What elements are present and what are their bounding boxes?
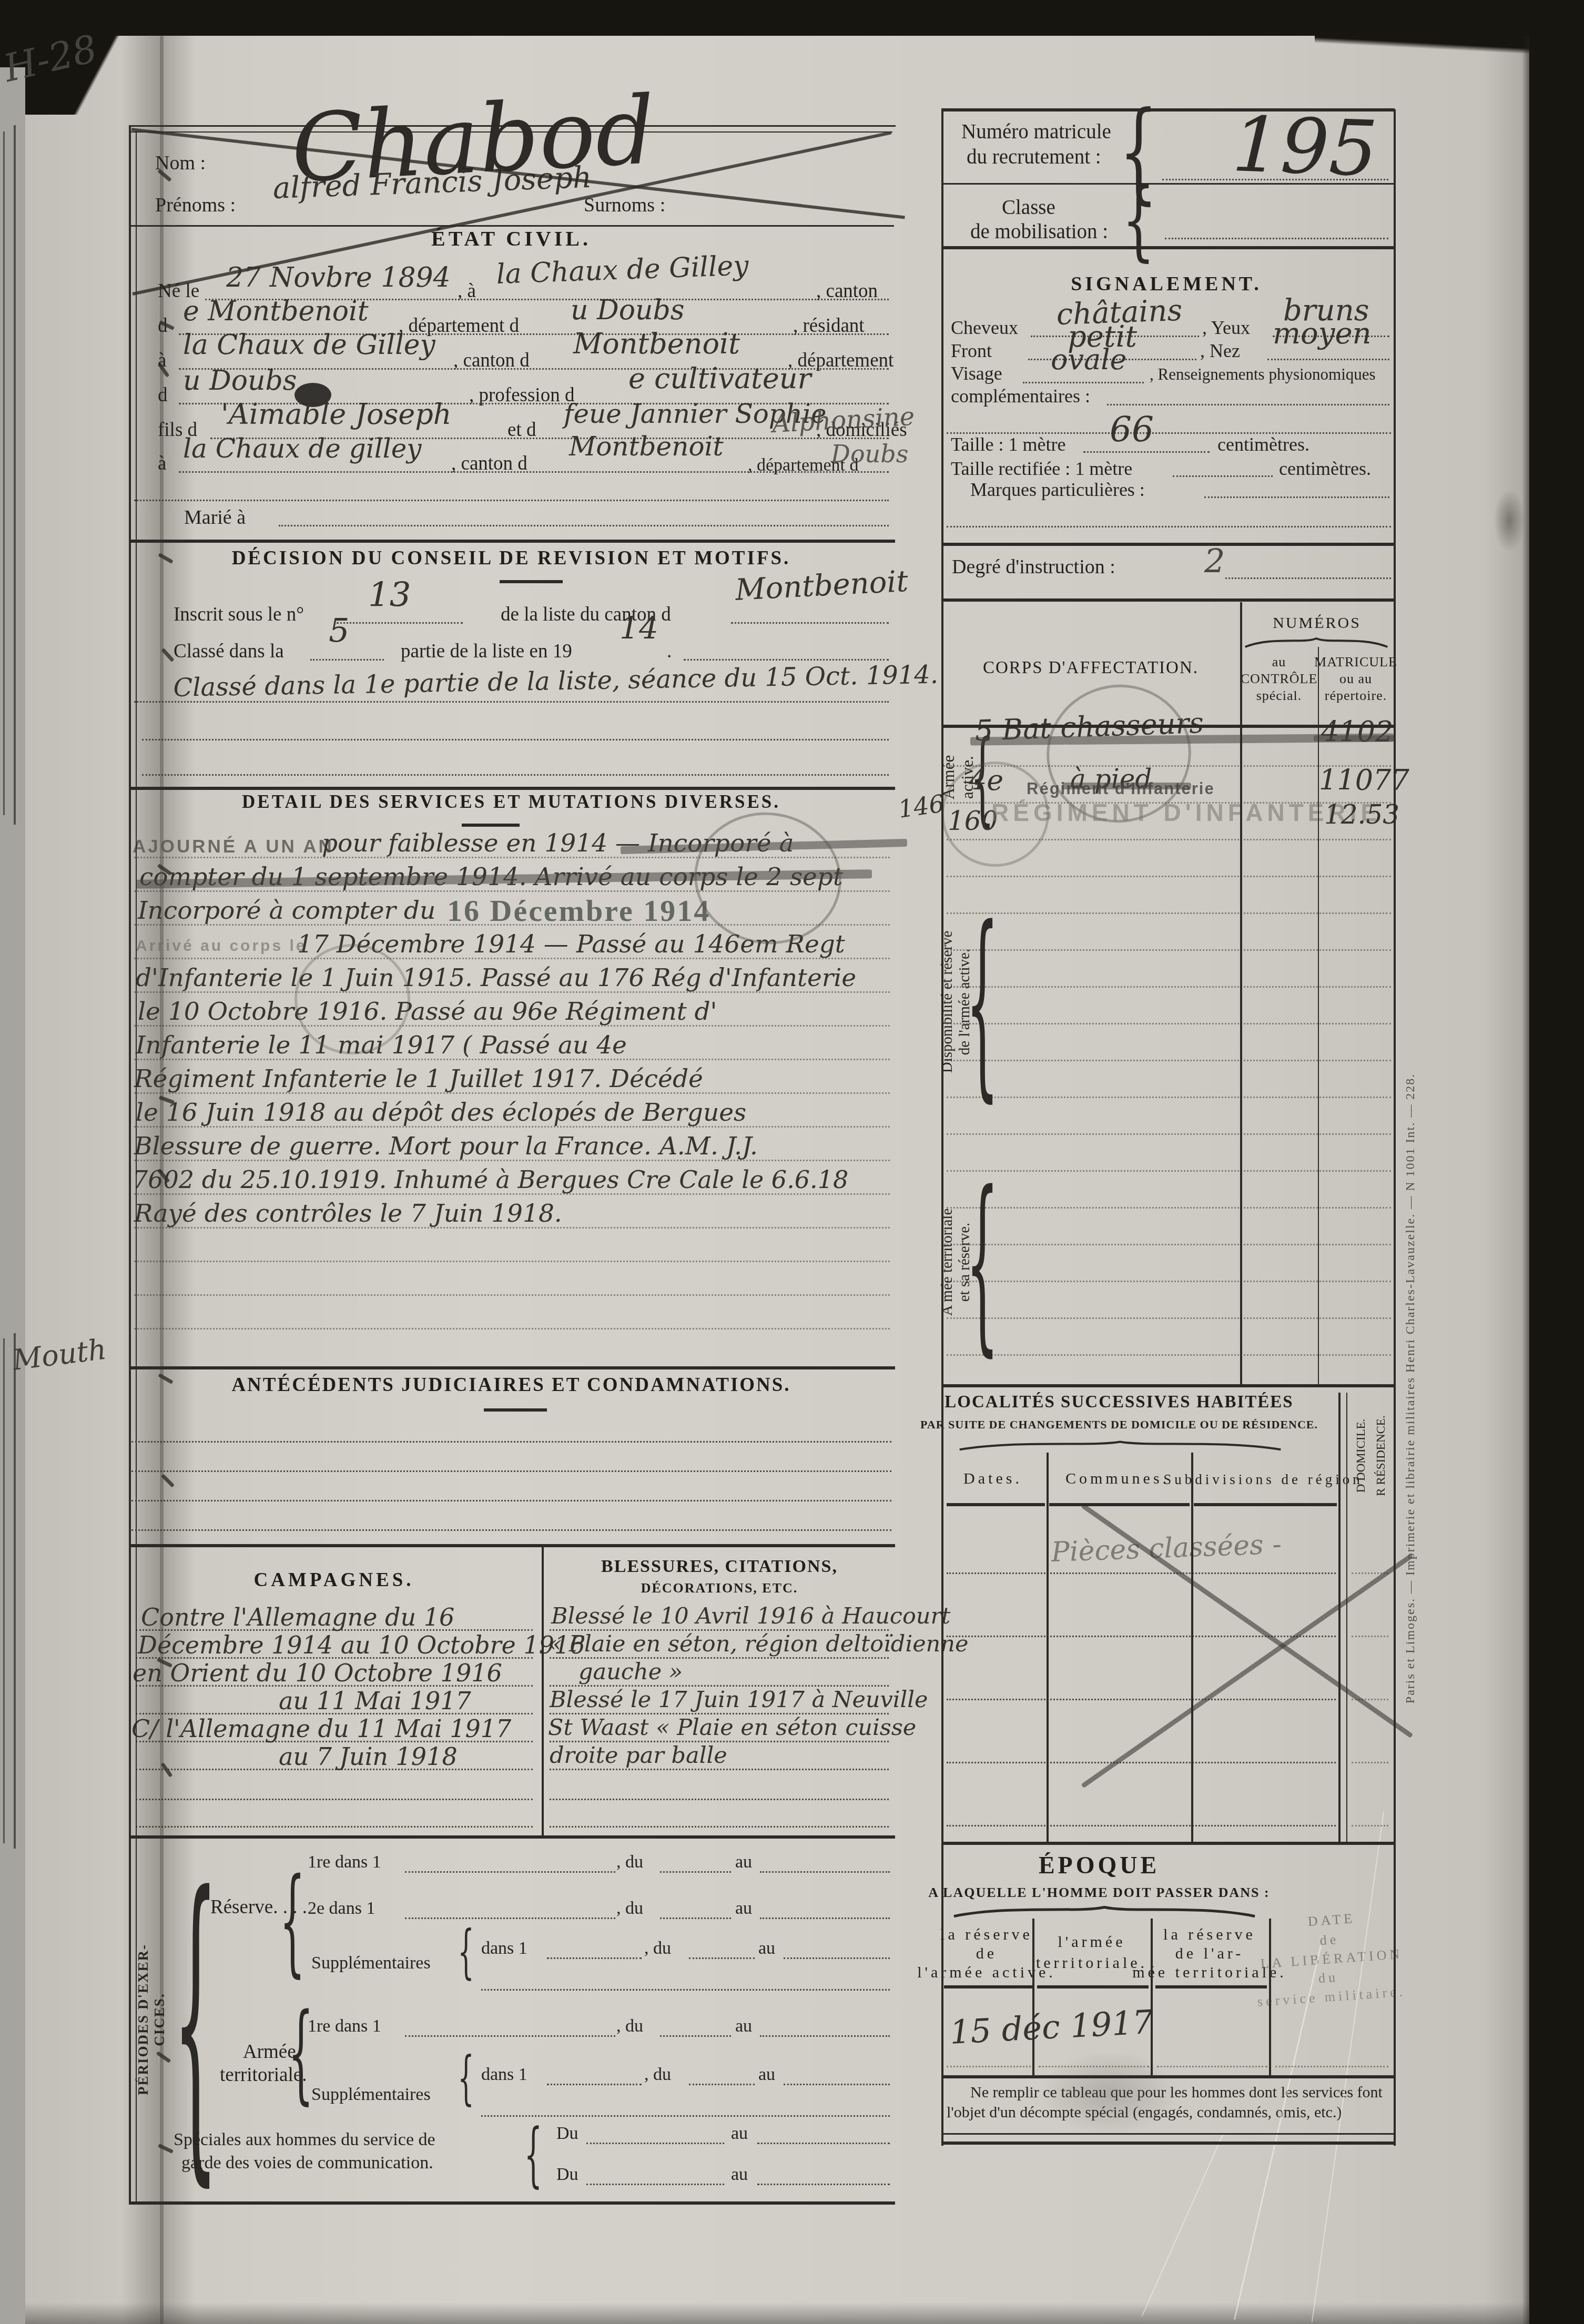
rule	[136, 1629, 533, 1631]
reserve-2e-label: 2e dans 1	[308, 1899, 375, 1919]
visage-label: Visage	[951, 362, 1002, 384]
rule	[1225, 577, 1391, 579]
rule	[947, 802, 1391, 804]
edge-shadow	[25, 2302, 1529, 2324]
corner-shadow	[1315, 36, 1529, 58]
residence-departement-value: u Doubs	[183, 365, 297, 397]
nez-label: , Nez	[1200, 340, 1240, 362]
scanned-military-register-page: H-28 Mouth Nom : Chabod Prénoms : alfred…	[0, 0, 1584, 2324]
rule	[129, 125, 131, 2204]
services-line: le 16 Juin 1918 au dépôt des éclopés de …	[136, 1098, 746, 1127]
rule	[179, 471, 889, 473]
rule	[129, 2201, 895, 2205]
du-label: , du	[616, 1899, 643, 1919]
rule	[129, 787, 895, 790]
rule	[134, 1025, 890, 1027]
cheveux-label: Cheveux	[951, 317, 1018, 339]
birth-canton-value: e Montbenoit	[183, 296, 369, 327]
rule	[941, 183, 1395, 185]
rule	[14, 125, 16, 825]
partie-label: partie de la liste en 19	[401, 640, 572, 663]
rule	[129, 131, 892, 133]
rule	[1240, 602, 1242, 1384]
rule	[947, 1825, 1336, 1826]
rule	[947, 876, 1391, 877]
rule	[134, 1294, 890, 1296]
horizontal-brace	[953, 1439, 1287, 1452]
rule	[1352, 1825, 1388, 1826]
birth-date-value: 27 Novbre 1894	[226, 262, 451, 293]
rule	[947, 1572, 1336, 1574]
rule	[941, 108, 1395, 111]
epoque-col1: la réserve	[940, 1926, 1033, 1944]
rule	[134, 890, 890, 892]
rule	[3, 1338, 5, 1843]
rule	[947, 432, 1391, 434]
rule	[660, 1917, 731, 1919]
services-line: Incorporé à compter du	[138, 896, 435, 925]
antecedents-title: ANTÉCÉDENTS JUDICIAIRES ET CONDAMNATIONS…	[231, 1374, 790, 1396]
rule	[550, 1685, 889, 1687]
brace	[458, 1923, 474, 1981]
campagnes-title: CAMPAGNES.	[254, 1569, 414, 1591]
rule	[134, 958, 890, 959]
rule	[947, 1023, 1391, 1024]
epoque-col3: de l'ar-	[1175, 1945, 1244, 1963]
rule	[1039, 2066, 1149, 2067]
controle-header: CONTRÔLE	[1241, 671, 1318, 687]
rule	[129, 125, 896, 127]
rule	[136, 1826, 533, 1828]
rule	[1165, 238, 1388, 239]
rule	[129, 1544, 895, 1547]
brace	[458, 2049, 474, 2107]
rule	[784, 2084, 890, 2085]
rule	[947, 1317, 1391, 1319]
rule	[947, 1699, 1336, 1700]
rule	[1269, 1919, 1271, 2075]
rule	[134, 1328, 890, 1330]
rule	[337, 622, 463, 624]
rule	[1352, 1572, 1388, 1574]
rule	[586, 2143, 724, 2144]
epoque-col4: de	[1319, 1932, 1340, 1948]
matricule-label-1: Numéro matricule	[961, 120, 1111, 144]
blessures-subtitle: DÉCORATIONS, ETC.	[641, 1580, 798, 1596]
controle-header: spécial.	[1256, 688, 1302, 704]
rule	[1162, 179, 1388, 180]
corps-row1-matricule: 4102	[1321, 715, 1393, 748]
domicile-rotated-label: D DOMICILE.	[1354, 1419, 1368, 1493]
campagne-line: au 7 Juin 1918	[279, 1742, 458, 1771]
domicile-label: D DOMICILE.	[1354, 1419, 1368, 1493]
rule	[947, 1207, 1391, 1209]
au-label: au	[758, 2065, 775, 2085]
rule	[760, 1871, 890, 1873]
rule	[134, 1059, 890, 1060]
services-title: DETAIL DES SERVICES ET MUTATIONS DIVERSE…	[242, 791, 780, 813]
rule	[947, 1503, 1045, 1506]
brace	[288, 2001, 314, 2108]
rule	[947, 912, 1391, 914]
rule	[947, 1170, 1391, 1172]
rule	[547, 2084, 642, 2085]
rule	[1194, 1503, 1337, 1506]
rule	[14, 1333, 16, 1849]
residence-canton-value: Montbenoit	[573, 327, 740, 360]
blessure-line: droite par balle	[550, 1742, 727, 1769]
edge-shadow	[1522, 36, 1529, 2324]
parents-canton-value: Montbenoit	[569, 431, 724, 462]
services-line: d'Infanterie le 1 Juin 1915. Passé au 17…	[136, 963, 856, 992]
rule	[134, 1193, 890, 1195]
brace	[966, 901, 999, 1103]
rule	[941, 1384, 1395, 1387]
rule	[689, 1957, 755, 1959]
campagne-line: en Orient du 10 Octobre 1916	[133, 1659, 502, 1687]
rule	[784, 1957, 890, 1959]
rule	[1318, 647, 1319, 1384]
classe-liste-label: Classé dans la	[174, 640, 284, 663]
matricule-header: MATRICULE	[1314, 654, 1397, 670]
rule	[550, 1799, 889, 1800]
signalement-title: SIGNALEMENT.	[1071, 272, 1262, 296]
liste-numero-value: 13	[368, 576, 411, 615]
campagne-line: C/ l'Allemagne du 11 Mai 1917	[131, 1714, 511, 1743]
epoque-col1: de	[976, 1945, 997, 1963]
rule	[947, 2066, 1031, 2067]
rule	[941, 2075, 1395, 2078]
blessure-line: Blessé le 17 Juin 1917 à Neuville	[550, 1687, 928, 1713]
rule	[136, 1741, 533, 1742]
rule	[131, 1441, 891, 1443]
prenoms-label: Prénoms :	[155, 194, 236, 217]
rule	[947, 949, 1391, 951]
rule	[757, 2184, 890, 2185]
rule	[542, 1546, 544, 1836]
epoque-col2: l'armée	[1058, 1933, 1125, 1951]
inscrit-label: Inscrit sous le n°	[174, 603, 304, 626]
rule	[550, 1741, 889, 1742]
rule	[1107, 404, 1389, 405]
rule	[944, 1985, 1032, 1988]
dates-header: Dates.	[963, 1470, 1022, 1488]
rule	[131, 1529, 891, 1531]
speciales-label-1: Spéciales aux hommes du service de	[174, 2130, 435, 2150]
taille-label: Taille : 1 mètre	[951, 433, 1065, 455]
rule	[136, 133, 137, 2203]
rule	[550, 1713, 889, 1714]
periodes-rot-l1: PÉRIODES D'EXER-	[135, 1944, 151, 2095]
rule	[550, 1629, 889, 1631]
rule	[134, 1261, 890, 1262]
epoque-col3: la réserve	[1163, 1926, 1256, 1944]
horizontal-brace	[948, 1904, 1261, 1919]
au-label: au	[731, 2124, 748, 2144]
localites-title: LOCALITÉS SUCCESSIVES HABITÉES	[945, 1393, 1293, 1412]
campagne-line: au 11 Mai 1917	[279, 1687, 471, 1715]
rule	[1157, 2066, 1267, 2067]
services-line: Blessure de guerre. Mort pour la France.…	[134, 1132, 758, 1161]
brace	[1122, 177, 1155, 263]
horizontal-brace	[1242, 635, 1390, 649]
rule	[947, 839, 1391, 840]
rule	[136, 1713, 533, 1714]
campagne-line: Contre l'Allemagne du 16	[141, 1603, 454, 1631]
rule	[1273, 336, 1389, 337]
epoque-col4: du	[1318, 1970, 1339, 1987]
dans-label: dans 1	[481, 1939, 527, 1958]
renseignements-label: , Renseignements physionomiques	[1150, 365, 1376, 384]
rule	[1023, 382, 1144, 383]
round-postmark	[941, 762, 1049, 867]
classe-label-1: Classe	[1002, 196, 1055, 219]
arrive-stamp: Arrivé au corps le	[136, 937, 307, 955]
rule	[3, 131, 5, 815]
rule	[947, 526, 1391, 527]
imprint-text: Paris et Limoges. — Imprimerie et librai…	[1404, 1073, 1418, 1703]
rule	[760, 2035, 890, 2037]
rule	[757, 2143, 890, 2144]
rule	[941, 246, 1395, 249]
rule	[134, 991, 890, 993]
rule	[131, 1500, 891, 1501]
rule	[134, 924, 890, 926]
blessure-line: « Plaie en séton, région deltoïdienne	[548, 1631, 968, 1657]
centimetres-label: centimètres.	[1279, 458, 1371, 480]
rule	[1394, 109, 1396, 2146]
rule	[941, 598, 1395, 602]
rule	[1151, 1919, 1153, 2075]
services-line: Régiment Infanterie le 1 Juillet 1917. D…	[134, 1064, 703, 1093]
rule	[134, 701, 889, 703]
annee-value: 14	[620, 610, 658, 646]
d-label: d	[158, 384, 168, 407]
rule	[134, 1227, 890, 1229]
blessure-line: Blessé le 10 Avril 1916 à Haucourt	[551, 1603, 950, 1629]
rule	[142, 774, 889, 776]
rule	[129, 540, 895, 543]
rule	[129, 1366, 895, 1369]
services-line: 7602 du 25.10.1919. Inhumé à Bergues Cre…	[133, 1165, 848, 1194]
rule	[405, 1871, 615, 1873]
localites-subtitle: PAR SUITE DE CHANGEMENTS DE DOMICILE OU …	[920, 1418, 1318, 1432]
etat-civil-title: ÉTAT CIVIL.	[431, 226, 591, 251]
controle-header: au	[1272, 654, 1286, 670]
rule	[1031, 336, 1199, 337]
rule	[947, 1762, 1336, 1763]
strikethrough	[1314, 735, 1395, 742]
au-label: au	[731, 2165, 748, 2185]
rule	[1267, 359, 1389, 360]
rule	[134, 857, 890, 858]
rule	[134, 1160, 890, 1161]
printer-imprint: Paris et Limoges. — Imprimerie et librai…	[1404, 1073, 1418, 1703]
rule	[947, 986, 1391, 988]
rule	[586, 2184, 724, 2185]
rule	[179, 333, 889, 335]
decision-title: DÉCISION DU CONSEIL DE REVISION ET MOTIF…	[232, 547, 791, 570]
supplementaires-label: Supplémentaires	[311, 2085, 431, 2105]
taille-value: 66	[1110, 409, 1154, 450]
rule	[550, 1657, 889, 1659]
rule	[1047, 1453, 1049, 1842]
au-label: au	[735, 2016, 752, 2036]
rule	[660, 2035, 731, 2037]
rule	[550, 1769, 889, 1770]
territoriale-1re-label: 1re dans 1	[308, 2016, 381, 2036]
partie-value: 5	[329, 611, 349, 649]
regiment-stamp: Régiment d'Infanterie	[1027, 779, 1215, 798]
rule	[947, 1636, 1336, 1637]
rule	[205, 299, 889, 300]
du-label: , du	[644, 2065, 671, 2085]
nez-value: moyen	[1273, 317, 1372, 351]
rule	[941, 2133, 1395, 2135]
residence-label: R RÉSIDENCE.	[1374, 1415, 1388, 1496]
rule	[760, 1917, 890, 1919]
rule	[941, 543, 1395, 546]
rule	[1049, 1503, 1190, 1506]
rule	[134, 500, 889, 501]
degre-label: Degré d'instruction :	[952, 555, 1115, 579]
rule	[1037, 1985, 1149, 1988]
rule	[136, 1799, 533, 1800]
corps-affectation-header: CORPS D'AFFECTATION.	[983, 658, 1199, 678]
supplementaires-label: Supplémentaires	[311, 1953, 431, 1973]
periodes-rot-l2: CICES.	[151, 1944, 168, 2095]
rule	[179, 403, 889, 404]
rule	[947, 1097, 1391, 1098]
rule	[179, 368, 889, 370]
rule	[481, 2115, 890, 2117]
classe-label-2: de mobilisation :	[970, 220, 1108, 243]
profession-value: e cultivateur	[628, 362, 811, 395]
matricule-header: répertoire.	[1325, 688, 1387, 704]
rule	[947, 1354, 1391, 1356]
communes-header: Communes.	[1065, 1470, 1170, 1488]
rule	[484, 1408, 547, 1412]
rule	[1338, 1393, 1341, 1842]
services-line: Rayé des contrôles le 7 Juin 1918.	[134, 1199, 562, 1228]
rule	[481, 1989, 890, 1991]
rule	[1275, 2066, 1388, 2067]
dans-label: dans 1	[481, 2065, 527, 2085]
a-label: à	[158, 452, 166, 475]
residence-rotated-label: R RÉSIDENCE.	[1374, 1415, 1388, 1496]
round-postmark	[295, 944, 410, 1054]
rule	[1352, 1762, 1388, 1763]
rule	[947, 1060, 1391, 1061]
rule	[941, 2142, 1395, 2145]
du-label: , du	[616, 2016, 643, 2036]
yeux-label: , Yeux	[1202, 317, 1250, 339]
periodes-rotated-label: PÉRIODES D'EXER- CICES.	[135, 1944, 168, 2095]
taille-rectifiee-label: Taille rectifiée : 1 mètre	[951, 458, 1132, 480]
rule	[462, 824, 520, 827]
rule	[941, 1842, 1395, 1845]
epoque-subtitle: A LAQUELLE L'HOMME DOIT PASSER DANS :	[928, 1885, 1270, 1901]
matricule-header: ou au	[1339, 671, 1372, 687]
rule	[947, 1133, 1391, 1135]
rule	[131, 1470, 891, 1472]
rule	[1155, 1985, 1267, 1988]
rule	[1352, 1699, 1388, 1700]
blessure-line: St Waast « Plaie en séton cuisse	[548, 1714, 916, 1741]
rule	[136, 1685, 533, 1687]
period: .	[667, 640, 672, 663]
services-line: le 10 Octobre 1916. Passé au 96e Régimen…	[138, 997, 717, 1026]
du-label: , du	[644, 1939, 671, 1958]
rule	[210, 438, 889, 439]
corps-row2-matricule: 11077	[1319, 764, 1409, 797]
epoque-col1: l'armée active.	[917, 1964, 1056, 1982]
rule	[1352, 1636, 1388, 1637]
rule	[684, 659, 889, 661]
au-label: au	[735, 1852, 752, 1872]
rule	[1346, 1393, 1347, 1842]
speciales-label-2: garde des voies de communication.	[181, 2153, 433, 2173]
ajourne-stamp: AJOURNÉ A UN AN	[133, 836, 334, 857]
rule	[547, 1957, 642, 1959]
rule	[941, 725, 1395, 728]
corps-row3-matricule: 12.53	[1324, 799, 1399, 830]
numeros-header: NUMÉROS	[1273, 614, 1361, 632]
epoque-title: ÉPOQUE	[1039, 1851, 1160, 1879]
rule	[1083, 451, 1210, 453]
rule	[947, 1281, 1391, 1282]
complementaires-label: complémentaires :	[951, 385, 1090, 407]
marques-label: Marques particulières :	[970, 479, 1145, 501]
rule	[500, 580, 563, 583]
rule	[134, 1092, 890, 1094]
brace	[280, 1864, 306, 1981]
rule	[142, 739, 889, 740]
blessures-title: BLESSURES, CITATIONS,	[601, 1557, 838, 1577]
degre-value: 2	[1204, 542, 1225, 580]
rule	[947, 1244, 1391, 1245]
campagne-line: Décembre 1914 au 10 Octobre 1916	[138, 1631, 585, 1659]
rule	[1028, 359, 1196, 360]
rule	[947, 765, 1391, 767]
stain	[1041, 2051, 1178, 2135]
rule	[134, 1126, 890, 1128]
rule	[279, 525, 889, 526]
du-label: Du	[556, 2165, 578, 2185]
rule	[689, 2084, 755, 2085]
epoque-col2: territoriale.	[1036, 1954, 1148, 1972]
rule	[941, 109, 943, 2146]
parents-departement-value: Doubs	[831, 440, 908, 468]
stain	[1494, 489, 1525, 552]
rule	[136, 1657, 533, 1659]
brace	[524, 2120, 542, 2190]
au-label: au	[758, 1939, 775, 1958]
marie-label: Marié à	[184, 506, 246, 529]
rule	[731, 622, 889, 624]
du-label: , du	[616, 1852, 643, 1872]
rule	[310, 659, 384, 661]
rule	[660, 1871, 731, 1873]
matricule-label-2: du recrutement :	[967, 145, 1101, 169]
au-label: au	[735, 1899, 752, 1919]
reserve-1re-label: 1re dans 1	[308, 1852, 381, 1872]
epoque-col4: DATE	[1307, 1911, 1356, 1930]
du-label: Du	[556, 2124, 578, 2144]
rule	[1191, 1453, 1193, 1842]
brace	[966, 1167, 999, 1358]
rule	[136, 1769, 533, 1770]
